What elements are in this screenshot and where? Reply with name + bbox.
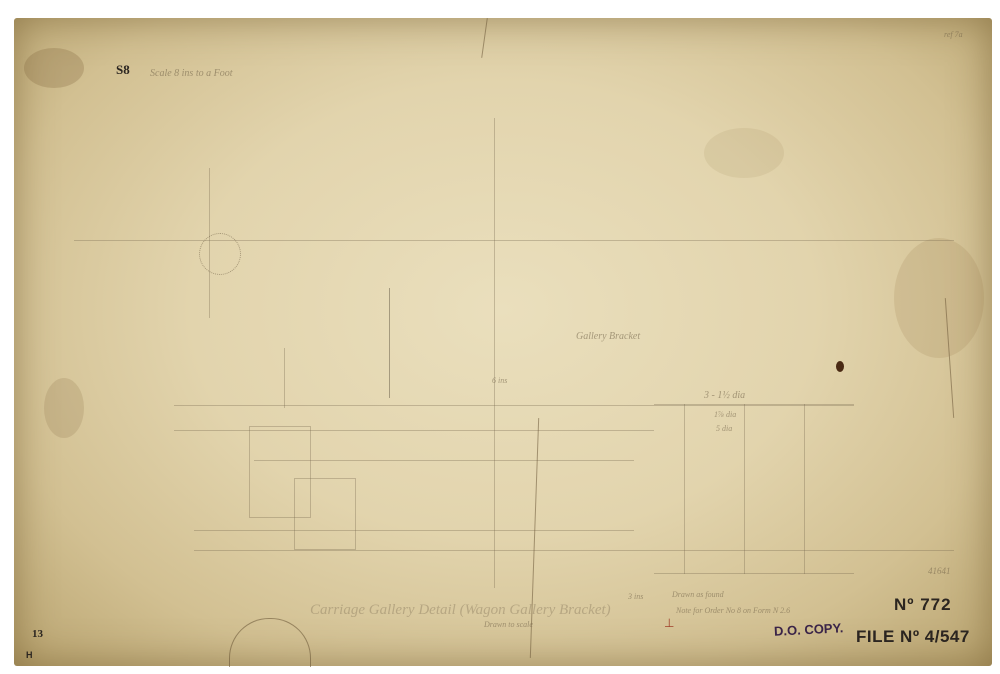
construction-line — [804, 404, 805, 574]
drawing-subtitle-faint: Drawn to scale — [484, 620, 533, 629]
right-margin-number: 41641 — [928, 566, 951, 576]
dimension-mid-2: 5 dia — [716, 424, 732, 433]
stain — [894, 238, 984, 358]
ink-blot — [836, 361, 844, 372]
stain — [44, 378, 84, 438]
rosette-sketch — [199, 233, 241, 275]
top-right-note: ref 7a — [944, 30, 963, 39]
dimension-small: 3 ins — [628, 592, 643, 601]
number-stamp: Nº 772 — [894, 595, 952, 615]
red-mark: ⊥ — [664, 616, 674, 630]
dimension-top: 3 - 1½ dia — [704, 390, 745, 401]
stain — [704, 128, 784, 178]
stamp-top-left: S8 — [116, 62, 130, 78]
construction-line — [174, 405, 854, 406]
detail-box — [294, 478, 356, 550]
construction-line — [389, 288, 390, 398]
scale-note: Scale 8 ins to a Foot — [150, 68, 233, 79]
lower-note-2: Note for Order No 8 on Form N 2.6 — [676, 606, 790, 615]
construction-line — [684, 404, 685, 574]
paper-tear — [229, 618, 311, 667]
near-rule-note: 6 ins — [492, 376, 507, 385]
paper-crack — [481, 18, 488, 58]
construction-line — [174, 430, 654, 431]
construction-line — [254, 460, 634, 461]
construction-line — [194, 550, 954, 551]
lower-note-1: Drawn as found — [672, 590, 724, 599]
drawing-title-faint: Carriage Gallery Detail (Wagon Gallery B… — [310, 602, 611, 619]
center-label: Gallery Bracket — [576, 331, 640, 342]
construction-line — [194, 530, 634, 531]
do-copy-stamp: D.O. COPY. — [774, 620, 844, 639]
dimension-mid-1: 1⅞ dia — [714, 410, 736, 419]
drawing-sheet: Scale 8 ins to a Foot ref 7a Gallery Bra… — [14, 18, 992, 666]
stamp-bottom-left: 13 — [32, 628, 43, 640]
file-number-stamp: FILE Nº 4/547 — [856, 627, 970, 647]
stain — [24, 48, 84, 88]
stamp-bottom-left-small: H — [26, 650, 33, 660]
construction-line — [284, 348, 285, 408]
construction-line — [744, 404, 745, 574]
construction-line — [494, 118, 495, 588]
